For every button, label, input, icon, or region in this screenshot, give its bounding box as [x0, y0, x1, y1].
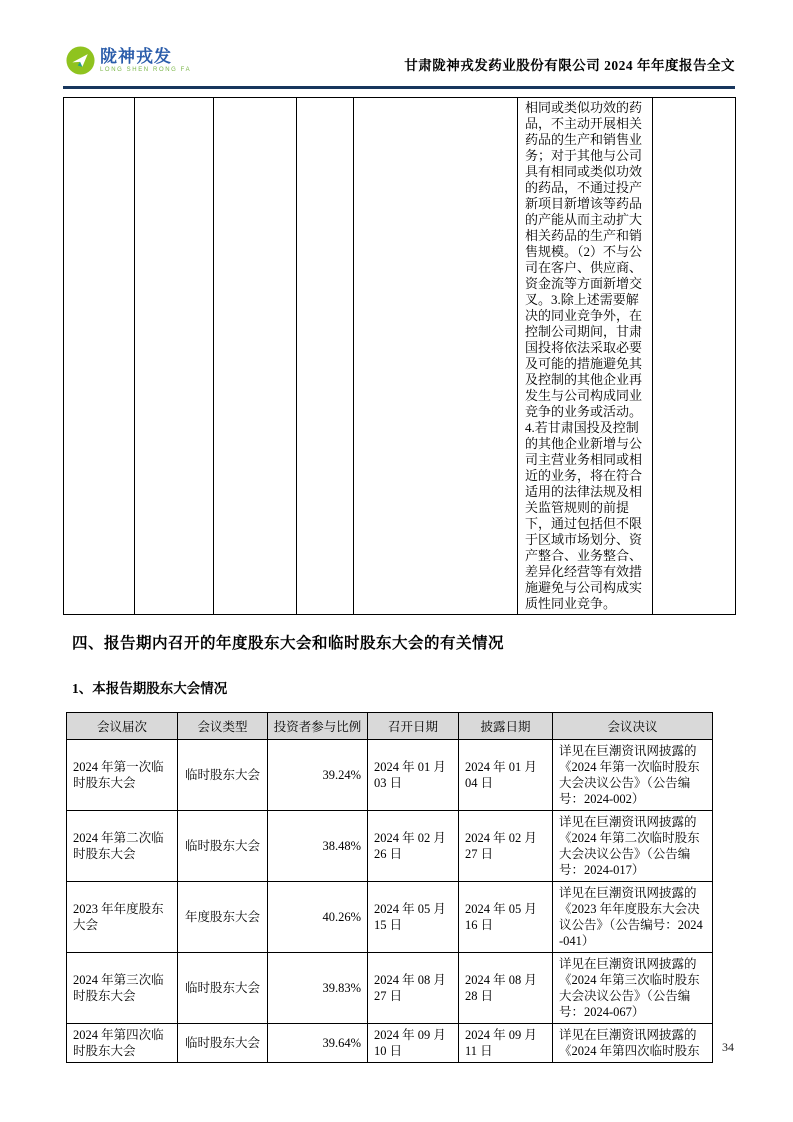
empty-cell: [297, 98, 354, 615]
date-held-cell: 2024 年 02 月 26 日: [368, 811, 459, 882]
meeting-session-cell: 2024 年第一次临时股东大会: [67, 740, 178, 811]
report-page: 陇神戎发 LONG SHEN RONG FA 甘肃陇神戎发药业股份有限公司 20…: [0, 0, 793, 1122]
column-header-session: 会议届次: [67, 713, 178, 740]
participation-cell: 39.64%: [268, 1024, 368, 1063]
logo-english-name: LONG SHEN RONG FA: [100, 66, 191, 74]
table-row: 2024 年第一次临时股东大会 临时股东大会 39.24% 2024 年 01 …: [67, 740, 713, 811]
table-row: 相同或类似功效的药品，不主动开展相关药品的生产和销售业务；对于其他与公司具有相同…: [64, 98, 736, 615]
resolution-cell: 详见在巨潮资讯网披露的《2024 年第二次临时股东大会决议公告》（公告编号：20…: [553, 811, 713, 882]
meeting-session-cell: 2024 年第三次临时股东大会: [67, 953, 178, 1024]
subsection-heading: 1、本报告期股东大会情况: [72, 677, 227, 697]
column-header-date-disclosed: 披露日期: [459, 713, 553, 740]
empty-cell: [135, 98, 214, 615]
resolution-cell: 详见在巨潮资讯网披露的《2024 年第四次临时股东: [553, 1024, 713, 1063]
column-header-resolution: 会议决议: [553, 713, 713, 740]
resolution-cell: 详见在巨潮资讯网披露的《2024 年第一次临时股东大会决议公告》（公告编号：20…: [553, 740, 713, 811]
meeting-session-cell: 2024 年第四次临时股东大会: [67, 1024, 178, 1063]
date-disclosed-cell: 2024 年 05 月 16 日: [459, 882, 553, 953]
meeting-session-cell: 2024 年第二次临时股东大会: [67, 811, 178, 882]
column-header-type: 会议类型: [178, 713, 268, 740]
header-divider: [63, 86, 735, 89]
company-logo: 陇神戎发 LONG SHEN RONG FA: [66, 46, 191, 75]
date-disclosed-cell: 2024 年 02 月 27 日: [459, 811, 553, 882]
page-number: 34: [714, 1040, 742, 1055]
meeting-type-cell: 临时股东大会: [178, 1024, 268, 1063]
shareholder-meetings-table: 会议届次 会议类型 投资者参与比例 召开日期 披露日期 会议决议 2024 年第…: [66, 712, 713, 1063]
resolution-cell: 详见在巨潮资讯网披露的《2023 年年度股东大会决议公告》（公告编号：2024-…: [553, 882, 713, 953]
participation-cell: 40.26%: [268, 882, 368, 953]
date-held-cell: 2024 年 08 月 27 日: [368, 953, 459, 1024]
table-row: 2024 年第二次临时股东大会 临时股东大会 38.48% 2024 年 02 …: [67, 811, 713, 882]
date-disclosed-cell: 2024 年 01 月 04 日: [459, 740, 553, 811]
participation-cell: 39.24%: [268, 740, 368, 811]
date-disclosed-cell: 2024 年 08 月 28 日: [459, 953, 553, 1024]
date-disclosed-cell: 2024 年 09 月 11 日: [459, 1024, 553, 1063]
empty-cell: [214, 98, 297, 615]
commitment-text-cell: 相同或类似功效的药品，不主动开展相关药品的生产和销售业务；对于其他与公司具有相同…: [518, 98, 653, 615]
date-held-cell: 2024 年 09 月 10 日: [368, 1024, 459, 1063]
column-header-date-held: 召开日期: [368, 713, 459, 740]
date-held-cell: 2024 年 05 月 15 日: [368, 882, 459, 953]
column-header-participation: 投资者参与比例: [268, 713, 368, 740]
meeting-type-cell: 年度股东大会: [178, 882, 268, 953]
meeting-session-cell: 2023 年年度股东大会: [67, 882, 178, 953]
meeting-type-cell: 临时股东大会: [178, 740, 268, 811]
logo-chinese-name: 陇神戎发: [100, 47, 191, 66]
date-held-cell: 2024 年 01 月 03 日: [368, 740, 459, 811]
empty-cell: [354, 98, 518, 615]
participation-cell: 39.83%: [268, 953, 368, 1024]
empty-cell: [64, 98, 135, 615]
meeting-type-cell: 临时股东大会: [178, 953, 268, 1024]
table-row: 2023 年年度股东大会 年度股东大会 40.26% 2024 年 05 月 1…: [67, 882, 713, 953]
commitment-table-continuation: 相同或类似功效的药品，不主动开展相关药品的生产和销售业务；对于其他与公司具有相同…: [63, 97, 736, 615]
meeting-type-cell: 临时股东大会: [178, 811, 268, 882]
participation-cell: 38.48%: [268, 811, 368, 882]
document-title: 甘肃陇神戎发药业股份有限公司 2024 年年度报告全文: [404, 54, 735, 74]
table-header-row: 会议届次 会议类型 投资者参与比例 召开日期 披露日期 会议决议: [67, 713, 713, 740]
company-logo-icon: [66, 46, 95, 75]
empty-cell: [653, 98, 736, 615]
logo-text-block: 陇神戎发 LONG SHEN RONG FA: [100, 46, 191, 74]
section-heading: 四、报告期内召开的年度股东大会和临时股东大会的有关情况: [72, 631, 504, 653]
table-row: 2024 年第四次临时股东大会 临时股东大会 39.64% 2024 年 09 …: [67, 1024, 713, 1063]
table-row: 2024 年第三次临时股东大会 临时股东大会 39.83% 2024 年 08 …: [67, 953, 713, 1024]
document-header: 陇神戎发 LONG SHEN RONG FA 甘肃陇神戎发药业股份有限公司 20…: [66, 44, 735, 84]
resolution-cell: 详见在巨潮资讯网披露的《2024 年第三次临时股东大会决议公告》（公告编号：20…: [553, 953, 713, 1024]
